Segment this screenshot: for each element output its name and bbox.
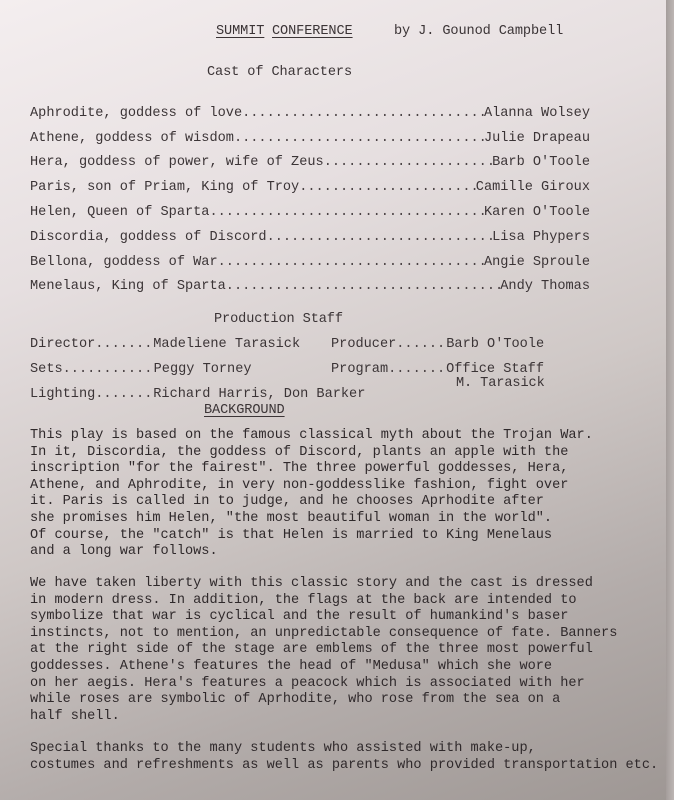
cast-row: Discordia, goddess of DiscordLisa Phyper… [30, 230, 590, 245]
dot-leader [324, 155, 492, 170]
cast-actor: Andy Thomas [500, 279, 590, 294]
cast-role: Hera, goddess of power, wife of Zeus [30, 155, 324, 170]
staff-name-secondary: M. Tarasick [456, 376, 545, 391]
paper-edge [666, 0, 674, 800]
staff-row: DirectorMadeliene Tarasick [30, 337, 326, 352]
dot-leader [267, 230, 493, 245]
staff-row: ProducerBarb O'Toole [331, 337, 544, 352]
cast-role: Menelaus, King of Sparta [30, 279, 226, 294]
dot-leader [242, 106, 484, 121]
staff-name: Peggy Torney [154, 362, 252, 377]
staff-role: Sets [30, 362, 63, 377]
staff-row: ProgramOffice Staff [331, 362, 544, 377]
cast-actor: Julie Drapeau [484, 131, 590, 146]
cast-actor: Angie Sproule [484, 255, 590, 270]
dot-leader [95, 387, 153, 402]
play-title-part1: SUMMIT [216, 24, 264, 39]
cast-actor: Barb O'Toole [492, 155, 590, 170]
staff-name: Richard Harris, Don Barker [153, 387, 365, 402]
cast-role: Bellona, goddess of War [30, 255, 218, 270]
staff-role: Lighting [30, 387, 95, 402]
cast-heading: Cast of Characters [207, 65, 352, 80]
cast-row: Athene, goddess of wisdomJulie Drapeau [30, 131, 590, 146]
cast-row: Menelaus, King of SpartaAndy Thomas [30, 279, 590, 294]
background-heading: BACKGROUND [204, 403, 285, 418]
staff-row: SetsPeggy Torney [30, 362, 252, 377]
cast-actor: Camille Giroux [476, 180, 590, 195]
staff-role: Director [30, 337, 95, 352]
staff-role: Program [331, 362, 388, 377]
dot-leader [396, 337, 446, 352]
cast-actor: Lisa Phypers [492, 230, 590, 245]
cast-role: Discordia, goddess of Discord [30, 230, 267, 245]
background-paragraph: We have taken liberty with this classic … [30, 576, 660, 725]
dot-leader [218, 255, 484, 270]
cast-role: Athene, goddess of wisdom [30, 131, 234, 146]
dot-leader [388, 362, 446, 377]
cast-row: Bellona, goddess of WarAngie Sproule [30, 255, 590, 270]
cast-role: Helen, Queen of Sparta [30, 205, 209, 220]
cast-role: Aphrodite, goddess of love [30, 106, 242, 121]
dot-leader [95, 337, 153, 352]
dot-leader [226, 279, 500, 294]
byline: by J. Gounod Campbell [394, 24, 563, 39]
cast-row: Hera, goddess of power, wife of ZeusBarb… [30, 155, 590, 170]
cast-actor: Alanna Wolsey [484, 106, 590, 121]
dot-leader [63, 362, 154, 377]
dot-leader [234, 131, 484, 146]
cast-actor: Karen O'Toole [484, 205, 590, 220]
cast-row: Paris, son of Priam, King of TroyCamille… [30, 180, 590, 195]
cast-role: Paris, son of Priam, King of Troy [30, 180, 299, 195]
play-title-part2: CONFERENCE [272, 24, 353, 39]
cast-row: Aphrodite, goddess of loveAlanna Wolsey [30, 106, 590, 121]
dot-leader [209, 205, 483, 220]
dot-leader [299, 180, 476, 195]
staff-row: LightingRichard Harris, Don Barker [30, 387, 365, 402]
thanks-paragraph: Special thanks to the many students who … [30, 741, 660, 774]
staff-name: Barb O'Toole [446, 337, 544, 352]
staff-name: Madeliene Tarasick [153, 337, 300, 352]
staff-name: Office Staff [446, 362, 544, 377]
production-heading: Production Staff [214, 312, 343, 327]
cast-row: Helen, Queen of SpartaKaren O'Toole [30, 205, 590, 220]
background-paragraph: This play is based on the famous classic… [30, 428, 660, 561]
staff-role: Producer [331, 337, 396, 352]
